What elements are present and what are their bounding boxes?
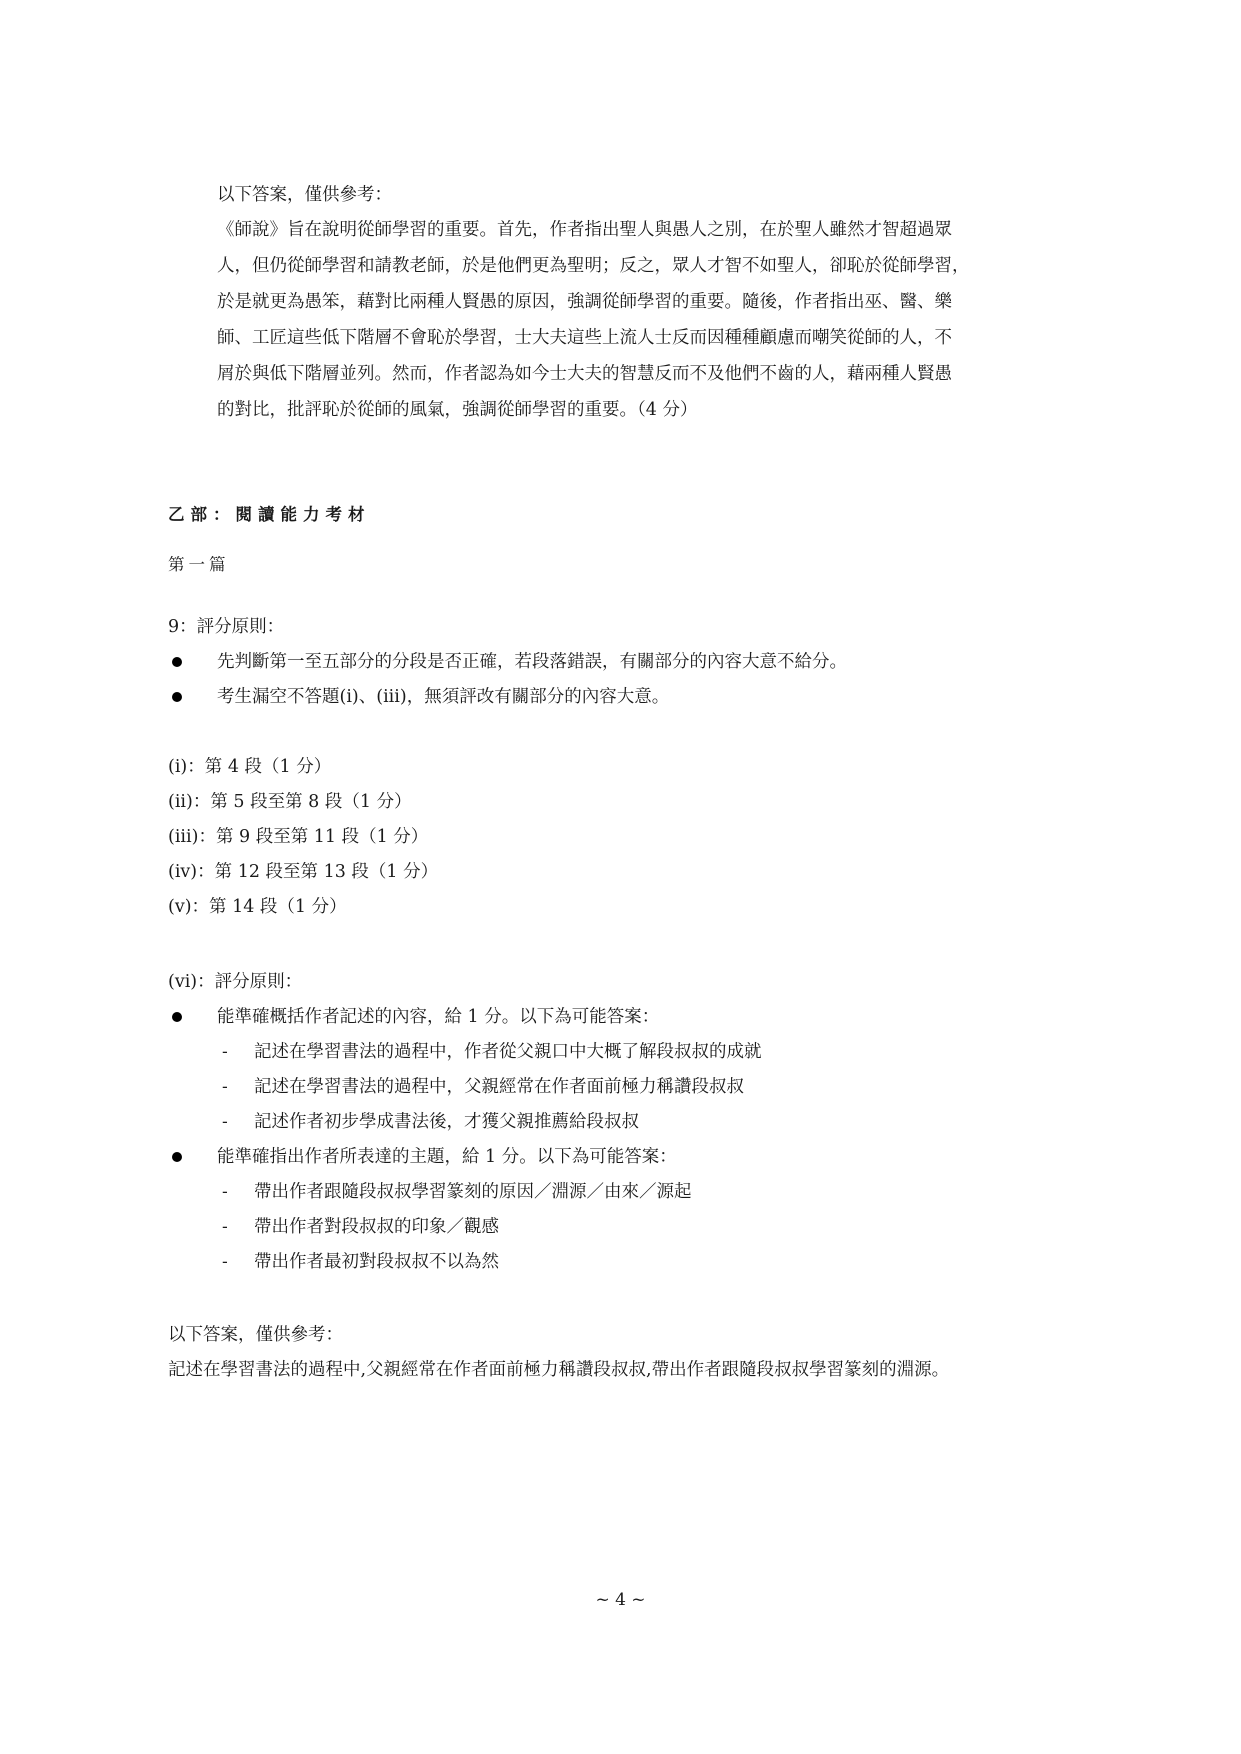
principle-item: 考生漏空不答題(i)、(iii)，無須評改有關部分的內容大意。 — [217, 685, 669, 709]
principle-item: 先判斷第一至五部分的分段是否正確，若段落錯誤，有關部分的內容大意不給分。 — [217, 650, 847, 674]
bullet-icon — [172, 657, 182, 667]
option-item: 帶出作者最初對段叔叔不以為然 — [254, 1250, 499, 1274]
vi-title: (vi)：評分原則： — [168, 970, 302, 994]
dash-icon: - — [222, 1075, 228, 1099]
criterion-item: 能準確指出作者所表達的主題，給 1 分。以下為可能答案： — [217, 1145, 677, 1169]
option-item: 記述作者初步學成書法後，才獲父親推薦給段叔叔 — [254, 1110, 639, 1134]
option-item: 記述在學習書法的過程中，父親經常在作者面前極力稱讚段叔叔 — [254, 1075, 744, 1099]
passage-title: 第一篇 — [168, 553, 230, 577]
answer-paragraph-line: 《師說》旨在說明從師學習的重要。首先，作者指出聖人與愚人之別，在於聖人雖然才智超… — [217, 218, 952, 242]
dash-icon: - — [222, 1180, 228, 1204]
bullet-icon — [172, 692, 182, 702]
dash-icon: - — [222, 1215, 228, 1239]
section-heading: 乙部：閱讀能力考材 — [168, 503, 371, 527]
answer-item: (i)：第 4 段（1 分） — [168, 755, 331, 779]
option-item: 帶出作者對段叔叔的印象／觀感 — [254, 1215, 499, 1239]
reference-answer: 記述在學習書法的過程中,父親經常在作者面前極力稱讚段叔叔,帶出作者跟隨段叔叔學習… — [168, 1358, 949, 1382]
criterion-item: 能準確概括作者記述的內容，給 1 分。以下為可能答案： — [217, 1005, 659, 1029]
option-item: 記述在學習書法的過程中，作者從父親口中大概了解段叔叔的成就 — [254, 1040, 762, 1064]
answer-paragraph-line: 於是就更為愚笨，藉對比兩種人賢愚的原因，強調從師學習的重要。隨後，作者指出巫、醫… — [217, 290, 952, 314]
page-number: ~ 4 ~ — [0, 1588, 1241, 1612]
answer-item: (iii)：第 9 段至第 11 段（1 分） — [168, 825, 428, 849]
bullet-icon — [172, 1012, 182, 1022]
answer-item: (v)：第 14 段（1 分） — [168, 895, 347, 919]
answer-paragraph-line: 人，但仍從師學習和請教老師，於是他們更為聖明；反之，眾人才智不如聖人，卻恥於從師… — [217, 254, 970, 278]
q9-title: 9：評分原則： — [168, 615, 284, 639]
answer-item: (ii)：第 5 段至第 8 段（1 分） — [168, 790, 412, 814]
document-page: 以下答案，僅供參考： 《師說》旨在說明從師學習的重要。首先，作者指出聖人與愚人之… — [0, 0, 1241, 1754]
dash-icon: - — [222, 1250, 228, 1274]
reference-intro: 以下答案，僅供參考： — [217, 183, 392, 207]
answer-paragraph-line: 屑於與低下階層並列。然而，作者認為如今士大夫的智慧反而不及他們不齒的人，藉兩種人… — [217, 362, 952, 386]
bullet-icon — [172, 1152, 182, 1162]
dash-icon: - — [222, 1110, 228, 1134]
answer-paragraph-line: 師、工匠這些低下階層不會恥於學習，士大夫這些上流人士反而因種種顧慮而嘲笑從師的人… — [217, 326, 952, 350]
dash-icon: - — [222, 1040, 228, 1064]
answer-paragraph-line: 的對比，批評恥於從師的風氣，強調從師學習的重要。（4 分） — [217, 398, 697, 422]
answer-item: (iv)：第 12 段至第 13 段（1 分） — [168, 860, 438, 884]
option-item: 帶出作者跟隨段叔叔學習篆刻的原因／淵源／由來／源起 — [254, 1180, 692, 1204]
reference-intro: 以下答案，僅供參考： — [168, 1323, 343, 1347]
